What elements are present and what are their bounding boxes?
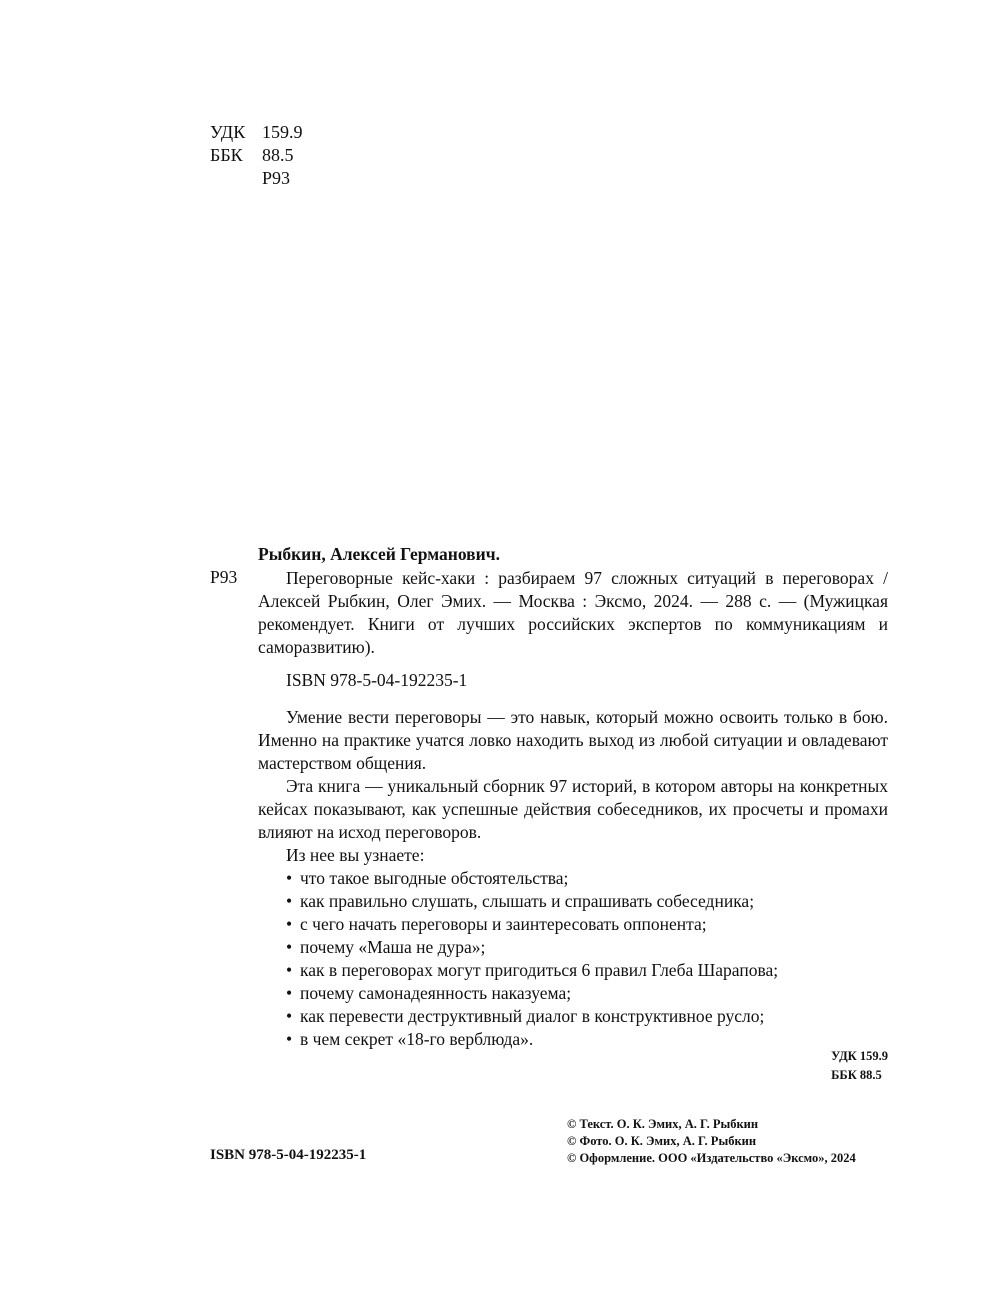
annotation-bullet-list: •что такое выгодные обстоятельства; •как…: [258, 867, 888, 1051]
footer-isbn: ISBN 978-5-04-192235-1: [210, 1147, 366, 1164]
classification-codes-bottom: УДК 159.9 ББК 88.5: [831, 1047, 888, 1085]
author-mark-value: Р93: [262, 167, 290, 189]
list-item: •как перевести деструктивный диалог в ко…: [258, 1005, 888, 1028]
copyright-photo: © Фото. О. К. Эмих, А. Г. Рыбкин: [567, 1133, 856, 1150]
annotation: Умение вести переговоры — это навык, кот…: [258, 706, 888, 1051]
list-item: •почему «Маша не дура»;: [258, 936, 888, 959]
bullet-text: как в переговорах могут пригодиться 6 пр…: [300, 960, 778, 980]
bullet-text: почему «Маша не дура»;: [300, 937, 485, 957]
list-item: •с чего начать переговоры и заинтересова…: [258, 913, 888, 936]
bullet-text: с чего начать переговоры и заинтересоват…: [300, 914, 707, 934]
author-mark: Р93: [210, 567, 237, 588]
bullet-text: что такое выгодные обстоятельства;: [300, 868, 568, 888]
list-item: •как правильно слушать, слышать и спраши…: [258, 890, 888, 913]
bullet-icon: •: [286, 913, 292, 936]
annotation-paragraph-1: Умение вести переговоры — это навык, кот…: [258, 706, 888, 775]
annotation-paragraph-2: Эта книга — уникальный сборник 97 истори…: [258, 775, 888, 844]
bullet-text: как перевести деструктивный диалог в кон…: [300, 1006, 764, 1026]
bullet-icon: •: [286, 959, 292, 982]
list-item: •как в переговорах могут пригодиться 6 п…: [258, 959, 888, 982]
list-item: •что такое выгодные обстоятельства;: [258, 867, 888, 890]
bullet-text: как правильно слушать, слышать и спрашив…: [300, 891, 754, 911]
bbk-value: 88.5: [262, 144, 294, 166]
annotation-paragraph-3: Из нее вы узнаете:: [258, 844, 888, 867]
bullet-text: почему самонадеянность наказуема;: [300, 983, 571, 1003]
udk-label: УДК: [210, 121, 245, 143]
bullet-icon: •: [286, 982, 292, 1005]
bbk-label: ББК: [210, 144, 243, 166]
list-item: •почему самонадеянность наказуема;: [258, 982, 888, 1005]
bullet-icon: •: [286, 936, 292, 959]
bibliographic-description: Переговорные кейс-хаки : разбираем 97 сл…: [258, 567, 888, 659]
copyright-design: © Оформление. ООО «Издательство «Эксмо»,…: [567, 1150, 856, 1167]
description-text: Переговорные кейс-хаки : разбираем 97 сл…: [258, 567, 888, 659]
bullet-icon: •: [286, 1005, 292, 1028]
udk-code: УДК 159.9: [831, 1047, 888, 1066]
author-heading: Рыбкин, Алексей Германович.: [258, 544, 500, 565]
bullet-icon: •: [286, 1028, 292, 1051]
copyright-block: © Текст. О. К. Эмих, А. Г. Рыбкин © Фото…: [567, 1116, 856, 1167]
bullet-icon: •: [286, 867, 292, 890]
bullet-text: в чем секрет «18-го верблюда».: [300, 1029, 533, 1049]
udk-value: 159.9: [262, 121, 303, 143]
bbk-code: ББК 88.5: [831, 1066, 888, 1085]
bullet-icon: •: [286, 890, 292, 913]
copyright-text: © Текст. О. К. Эмих, А. Г. Рыбкин: [567, 1116, 856, 1133]
isbn-line: ISBN 978-5-04-192235-1: [286, 670, 467, 691]
list-item: •в чем секрет «18-го верблюда».: [258, 1028, 888, 1051]
